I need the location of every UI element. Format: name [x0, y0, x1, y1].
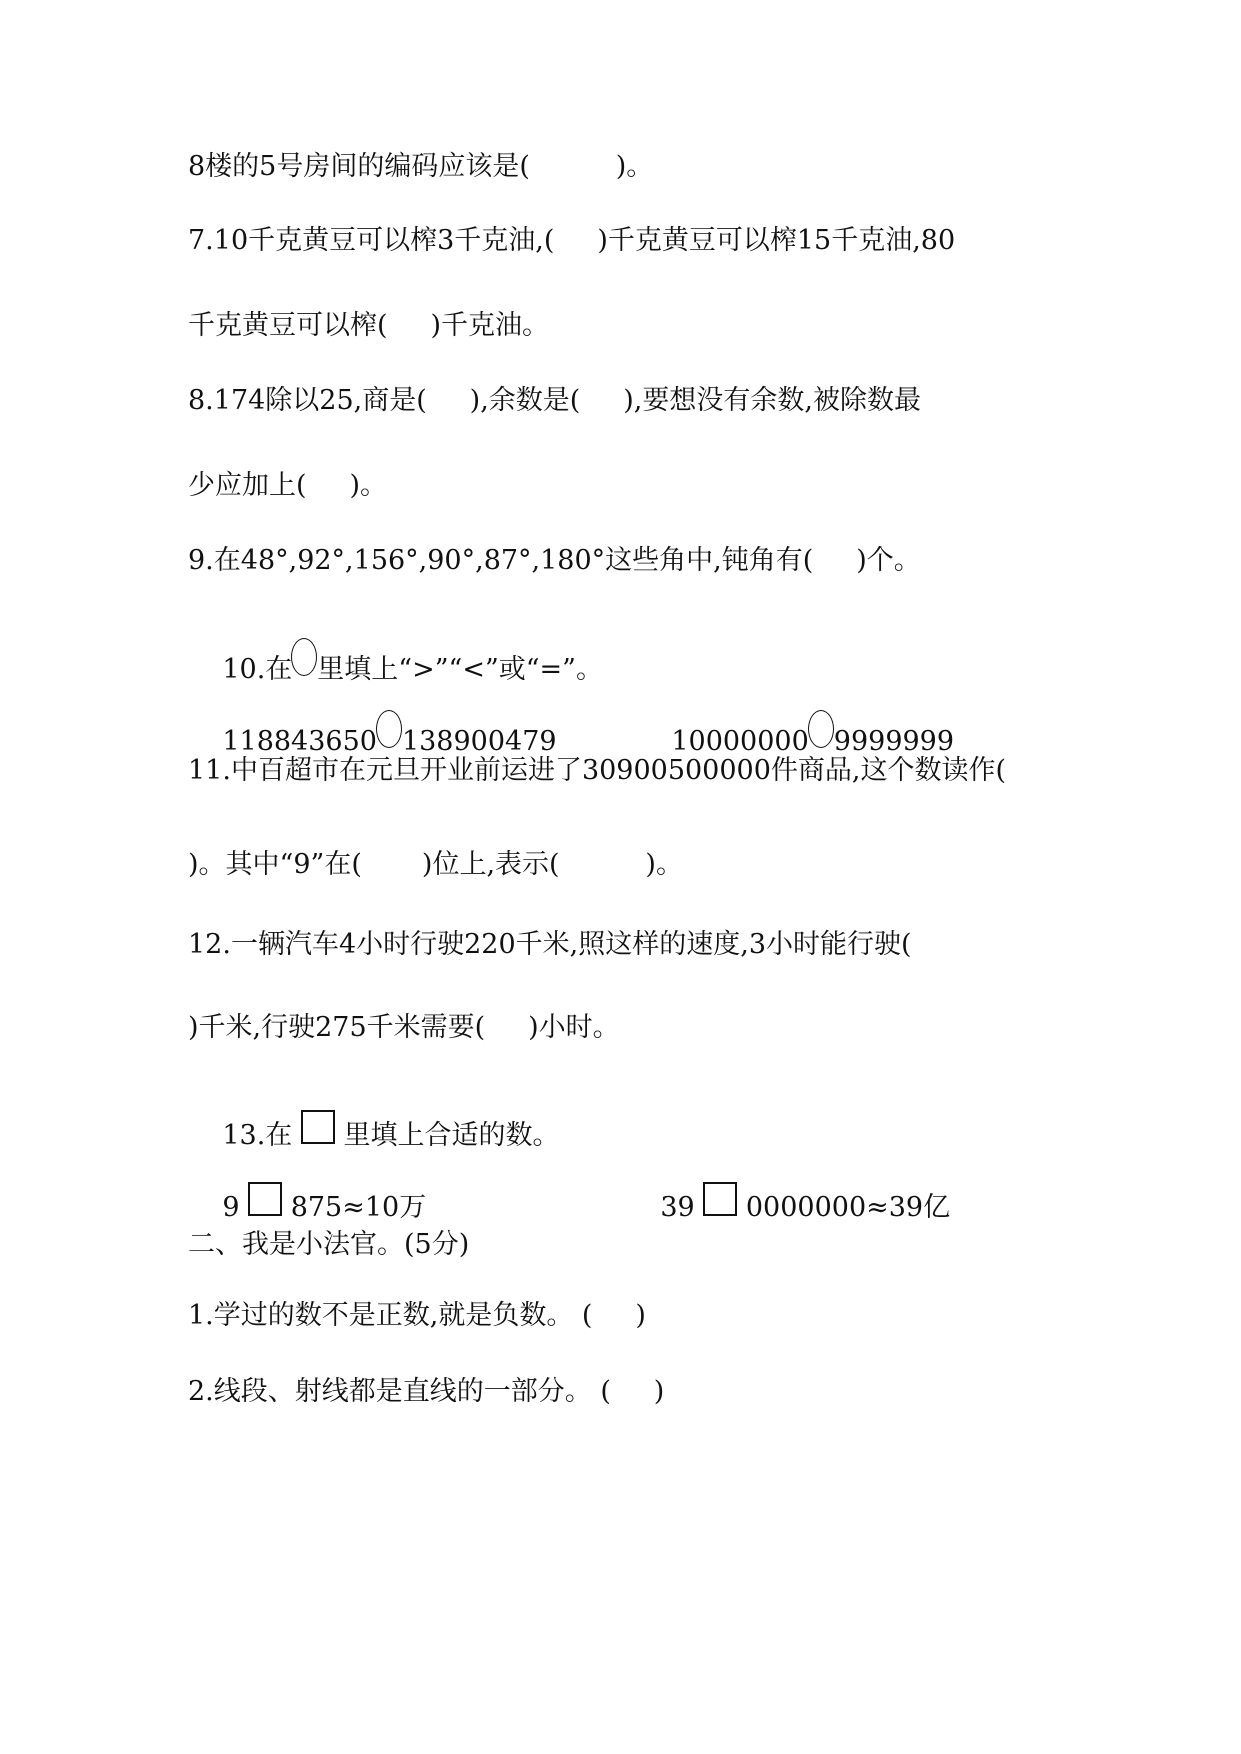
section-2-heading: 二、我是小法官。(5分)	[188, 1228, 469, 1262]
q13-prefix: 13.在	[222, 1119, 301, 1153]
compare-circle-blank[interactable]	[376, 710, 402, 748]
square-box-icon	[301, 1110, 335, 1144]
question-7-line-2: 千克黄豆可以榨( )千克油。	[188, 309, 549, 343]
estimate-left-suffix: 875≈10万	[282, 1191, 426, 1225]
estimate-left-prefix: 9	[222, 1191, 248, 1225]
estimate-right-suffix: 0000000≈39亿	[737, 1191, 950, 1225]
estimate-right-prefix: 39	[660, 1191, 703, 1225]
question-6-continuation: 8楼的5号房间的编码应该是( )。	[188, 150, 653, 184]
digit-blank-box[interactable]	[248, 1182, 282, 1216]
question-8-line-2: 少应加上( )。	[188, 469, 387, 503]
question-12-line-2: )千米,行驶275千米需要( )小时。	[188, 1011, 620, 1045]
question-11-line-2: )。其中“9”在( )位上,表示( )。	[188, 848, 683, 882]
question-7-line-1: 7.10千克黄豆可以榨3千克油,( )千克黄豆可以榨15千克油,80	[188, 224, 955, 258]
question-11-line-1: 11.中百超市在元旦开业前运进了30900500000件商品,这个数读作(	[188, 754, 1006, 788]
section-2-question-1: 1.学过的数不是正数,就是负数。 ( )	[188, 1299, 646, 1333]
digit-blank-box[interactable]	[703, 1182, 737, 1216]
question-12-line-1: 12.一辆汽车4小时行驶220千米,照这样的速度,3小时能行驶(	[188, 928, 912, 962]
question-9: 9.在48°,92°,156°,90°,87°,180°这些角中,钝角有( )个…	[188, 544, 921, 578]
compare-circle-icon	[291, 638, 317, 676]
compare-circle-blank[interactable]	[808, 710, 834, 748]
section-2-question-2: 2.线段、射线都是直线的一部分。 ( )	[188, 1375, 664, 1409]
question-8-line-1: 8.174除以25,商是( ),余数是( ),要想没有余数,被除数最	[188, 384, 921, 418]
question-13-estimate-right: 39 0000000≈39亿	[626, 1152, 950, 1259]
q13-suffix: 里填上合适的数。	[335, 1119, 560, 1153]
